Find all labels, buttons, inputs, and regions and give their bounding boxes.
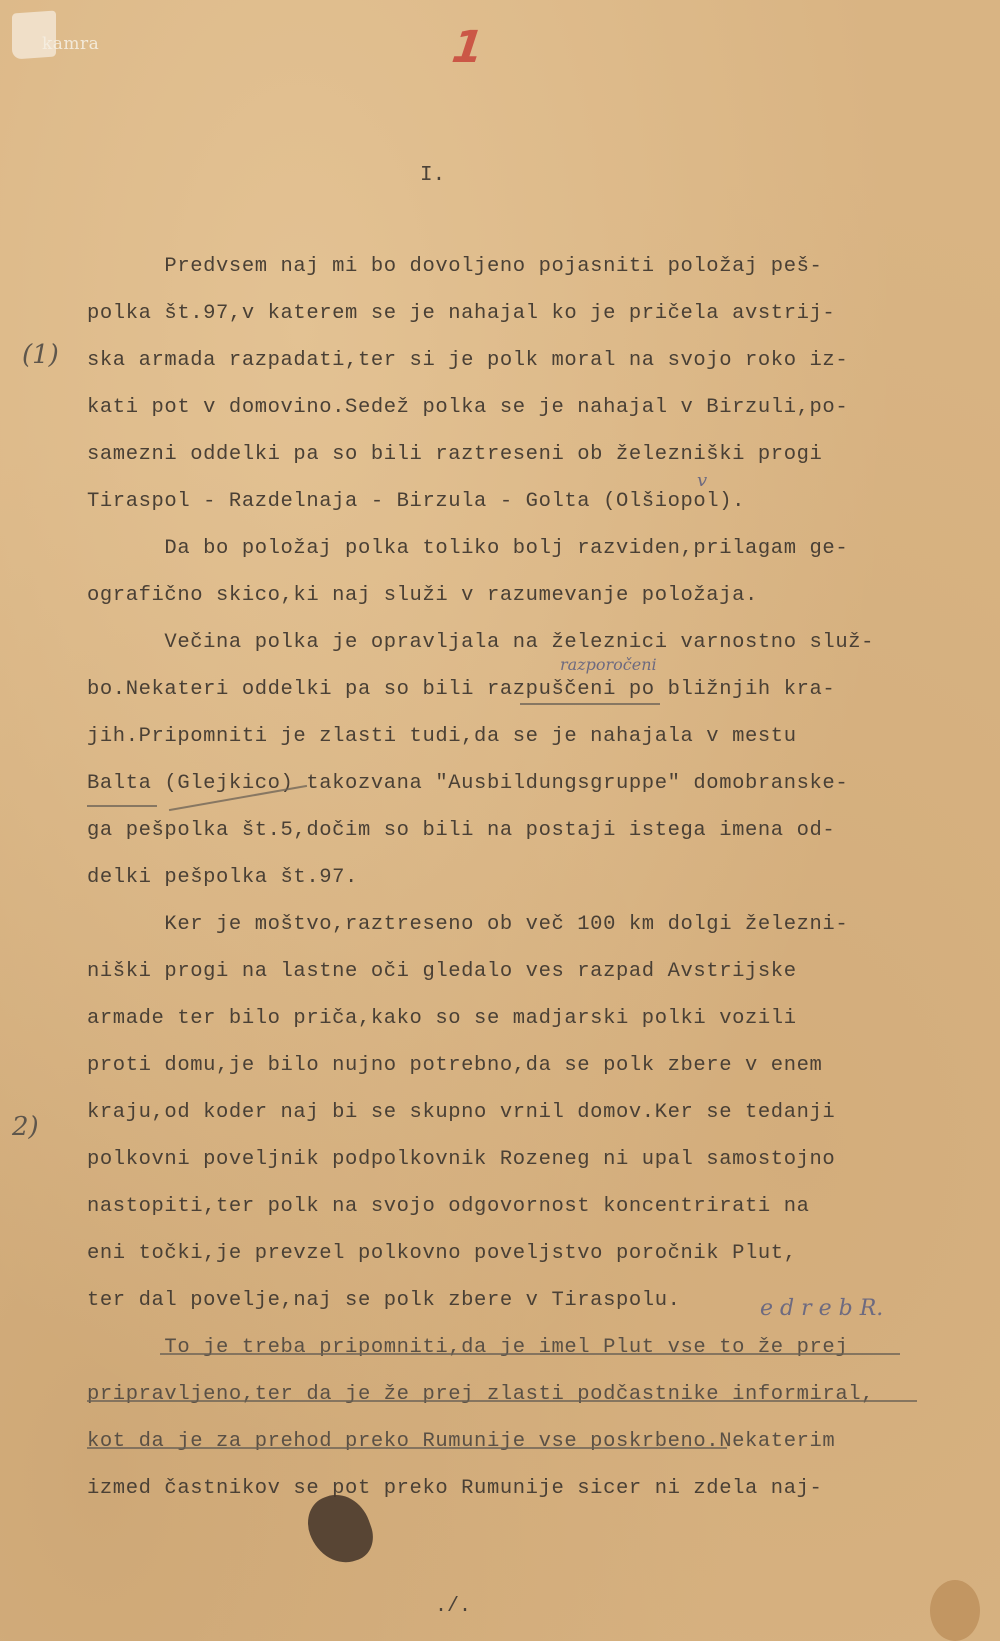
text-line: bo.Nekateri oddelki pa so bili razpuščen… [87,678,835,701]
margin-note-1: (1) [22,340,59,370]
text-line: izmed častnikov se pot preko Rumunije si… [87,1477,822,1500]
chapter-heading: I. [420,164,445,187]
text-line: nastopiti,ter polk na svojo odgovornost … [87,1195,810,1218]
text-line: Ker je moštvo,raztreseno ob več 100 km d… [87,913,848,936]
text-line: armade ter bilo priča,kako so se madjars… [87,1007,797,1030]
text-line: eni točki,je prevzel polkovno poveljstvo… [87,1242,797,1265]
strikethrough-mark [87,1400,917,1402]
continuation-mark: ./. [435,1595,471,1618]
handwritten-correction: e d r e b R. [760,1296,883,1321]
text-line: Da bo položaj polka toliko bolj razviden… [87,537,848,560]
text-line: polkovni poveljnik podpolkovnik Rozeneg … [87,1148,835,1171]
text-line: kati pot v domovino.Sedež polka se je na… [87,396,848,419]
text-line-struck: kot da je za prehod preko Rumunije vse p… [87,1430,835,1453]
text-line-struck: To je treba pripomniti,da je imel Plut v… [87,1336,848,1359]
text-line: polka št.97,v katerem se je nahajal ko j… [87,302,835,325]
text-line: Tiraspol - Razdelnaja - Birzula - Golta … [87,490,745,513]
archive-watermark: kamra [12,12,112,60]
handwritten-correction: v [697,470,707,491]
text-line: Predvsem naj mi bo dovoljeno pojasniti p… [87,255,822,278]
text-line: ga pešpolka št.5,dočim so bili na postaj… [87,819,835,842]
text-line: ska armada razpadati,ter si je polk mora… [87,349,848,372]
strikethrough-mark [160,1353,900,1355]
paper-stain [930,1580,980,1641]
text-line: Balta (Glejkico) takozvana "Ausbildungsg… [87,772,848,795]
text-line: kraju,od koder naj bi se skupno vrnil do… [87,1101,835,1124]
text-line: ter dal povelje,naj se polk zbere v Tira… [87,1289,681,1312]
underline-mark [87,805,157,807]
margin-note-2: 2) [12,1112,39,1142]
text-line-struck: pripravljeno,ter da je že prej zlasti po… [87,1383,874,1406]
text-line: ografično skico,ki naj služi v razumevan… [87,584,758,607]
page-number-mark: 1 [444,22,491,73]
text-line: Večina polka je opravljala na železnici … [87,631,874,654]
handwritten-correction: razporočeni [560,655,657,674]
text-line: jih.Pripomniti je zlasti tudi,da se je n… [87,725,797,748]
text-line: niški progi na lastne oči gledalo ves ra… [87,960,797,983]
text-line: delki pešpolka št.97. [87,866,358,889]
watermark-text: kamra [42,34,99,54]
strikethrough-mark [87,1447,727,1449]
text-line: samezni oddelki pa so bili raztreseni ob… [87,443,822,466]
strikethrough-mark [520,703,660,705]
text-line: proti domu,je bilo nujno potrebno,da se … [87,1054,822,1077]
